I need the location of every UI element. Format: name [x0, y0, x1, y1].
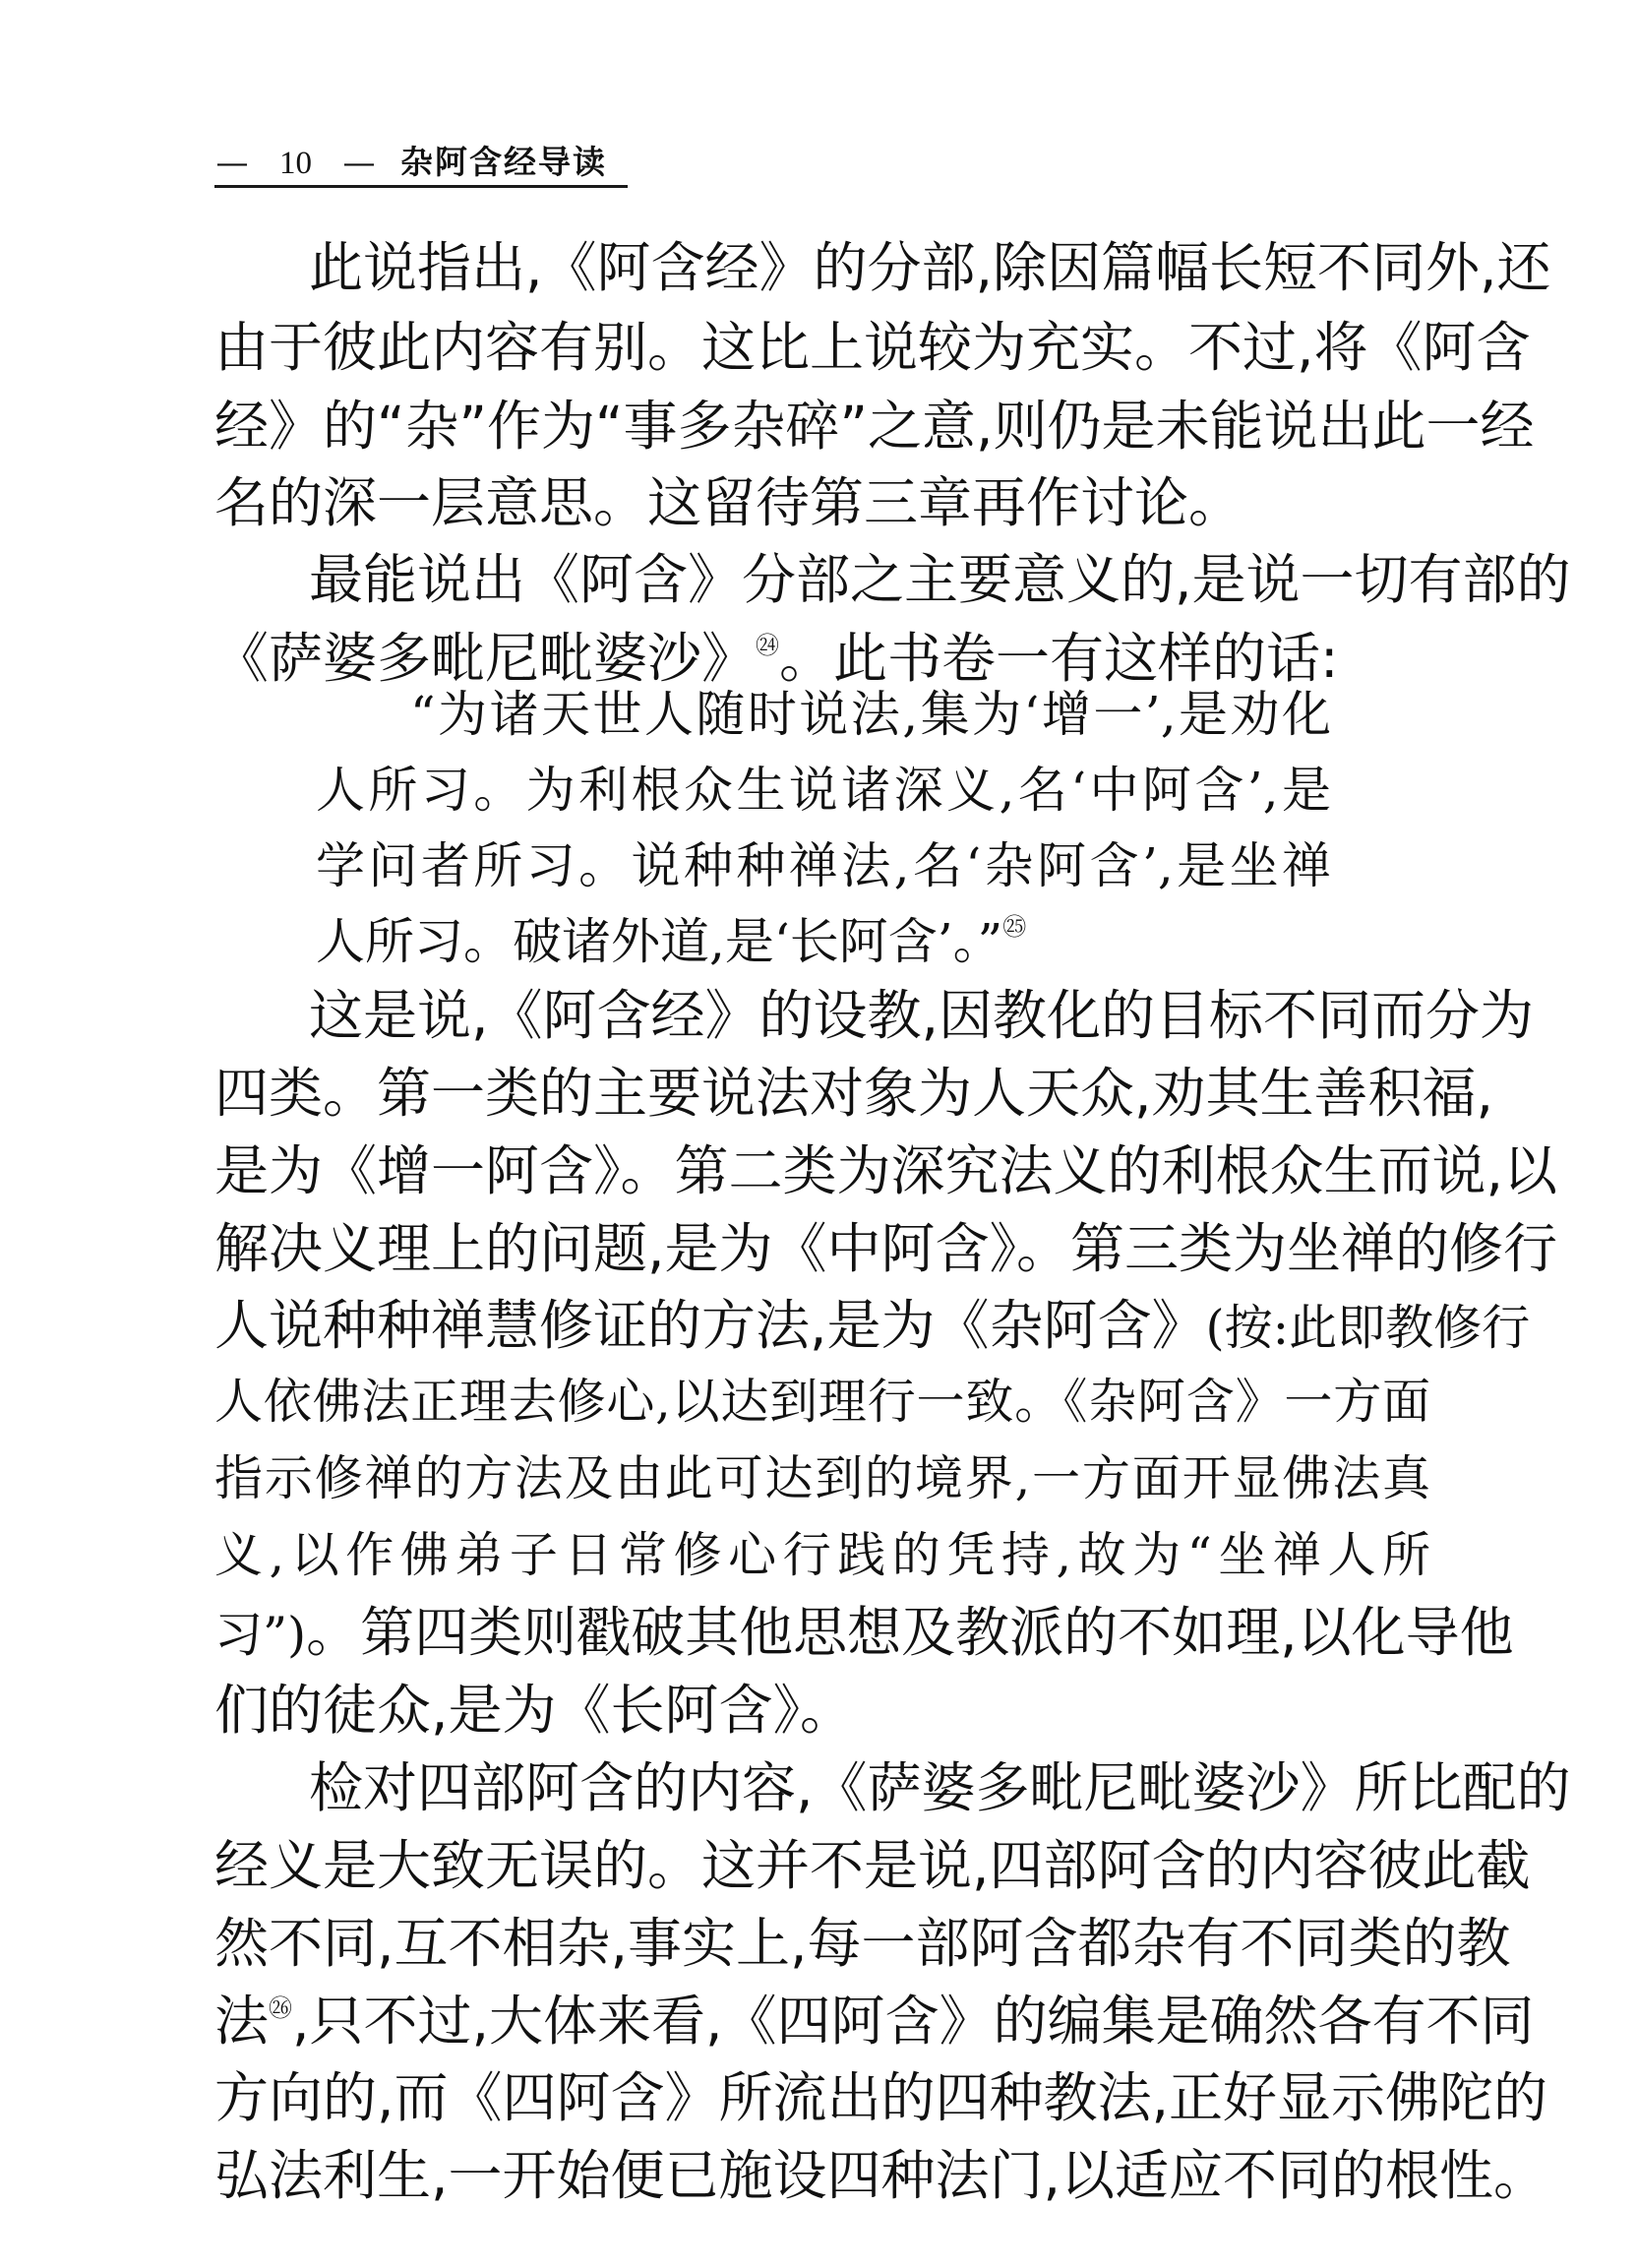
text-line: 此说指出,《阿含经》的分部,除因篇幅长短不同外,还 — [309, 237, 1430, 298]
quote-line: 人所习。破诸外道,是‘长阿含’。”㉕ — [316, 911, 1331, 972]
page-number: 10 — [279, 141, 312, 186]
text-line: 经义是大致无误的。这并不是说,四部阿含的内容彼此截 — [214, 1835, 1430, 1896]
text-line: 们的徒众,是为《长阿含》。 — [214, 1680, 1430, 1741]
footnote-marker-25[interactable]: ㉕ — [1002, 913, 1026, 941]
footnote-marker-24[interactable]: ㉔ — [756, 632, 779, 659]
author-note: 习”) — [214, 1607, 306, 1663]
text-span: 。此书卷一有这样的话: — [779, 627, 1339, 690]
text-line: 这是说,《阿含经》的设教,因教化的目标不同而分为 — [309, 985, 1430, 1046]
footnote-marker-26[interactable]: ㉖ — [269, 1994, 292, 2022]
text-line: 由于彼此内容有别。这比上说较为充实。不过,将《阿含 — [214, 317, 1430, 378]
text-line: 解决义理上的问题,是为《中阿含》。第三类为坐禅的修行 — [214, 1218, 1430, 1279]
author-note-line: 人依佛法正理去修心,以达到理行一致。《杂阿含》一方面 — [214, 1372, 1430, 1433]
text-span: ,只不过,大体来看,《四阿含》的编集是确然各有不同 — [292, 1990, 1534, 2053]
author-note-line: 指示修禅的方法及由此可达到的境界,一方面开显佛法真 — [214, 1448, 1430, 1509]
text-span: 法 — [214, 1990, 269, 2053]
quote-line: 学问者所习。说种种禅法,名‘杂阿含’,是坐禅 — [316, 835, 1331, 896]
text-line: 然不同,互不相杂,事实上,每一部阿含都杂有不同类的教 — [214, 1913, 1430, 1974]
text-line: 人说种种禅慧修证的方法,是为《杂阿含》(按:此即教修行 — [214, 1295, 1430, 1356]
quote-line: “为诸天世人随时说法,集为‘增一’,是劝化 — [410, 684, 1331, 745]
text-line: 弘法利生,一开始便已施设四种法门,以适应不同的根性。 — [214, 2145, 1430, 2206]
text-line: 名的深一层意思。这留待第三章再作讨论。 — [214, 472, 1430, 533]
text-line: 《萨婆多毗尼毗婆沙》㉔。此书卷一有这样的话: — [214, 628, 1430, 689]
text-line: 是为《增一阿含》。第二类为深究法义的利根众生而说,以 — [214, 1140, 1430, 1201]
text-span: 人说种种禅慧修证的方法,是为《杂阿含》 — [214, 1294, 1205, 1357]
header-dash-right: — — [341, 140, 377, 185]
book-title: 杂阿含经导读 — [400, 140, 607, 185]
text-line: 方向的,而《四阿含》所流出的四种教法,正好显示佛陀的 — [214, 2067, 1430, 2128]
text-line: 四类。第一类的主要说法对象为人天众,劝其生善积福, — [214, 1063, 1430, 1124]
text-span: 。第四类则戳破其他思想及教派的不如理,以化导他 — [306, 1601, 1513, 1664]
author-note: (按:此即教修行 — [1205, 1300, 1530, 1356]
text-span: 人所习。破诸外道,是‘长阿含’。” — [316, 913, 1002, 970]
text-line: 检对四部阿含的内容,《萨婆多毗尼毗婆沙》所比配的 — [309, 1757, 1430, 1818]
text-span: 《萨婆多毗尼毗婆沙》 — [214, 627, 756, 690]
quote-line: 人所习。为利根众生说诸深义,名‘中阿含’,是 — [316, 760, 1331, 821]
text-line: 习”)。第四类则戳破其他思想及教派的不如理,以化导他 — [214, 1602, 1430, 1663]
author-note-line: 义,以作佛弟子日常修心行践的凭持,故为“坐禅人所 — [214, 1525, 1430, 1586]
text-line: 最能说出《阿含》分部之主要意义的,是说一切有部的 — [309, 549, 1430, 610]
running-header: —10—杂阿含经导读 — [214, 140, 628, 188]
text-line: 经》的“杂”作为“事多杂碎”之意,则仍是未能说出此一经 — [214, 396, 1430, 457]
header-dash-left: — — [214, 140, 250, 185]
text-line: 法㉖,只不过,大体来看,《四阿含》的编集是确然各有不同 — [214, 1991, 1430, 2052]
